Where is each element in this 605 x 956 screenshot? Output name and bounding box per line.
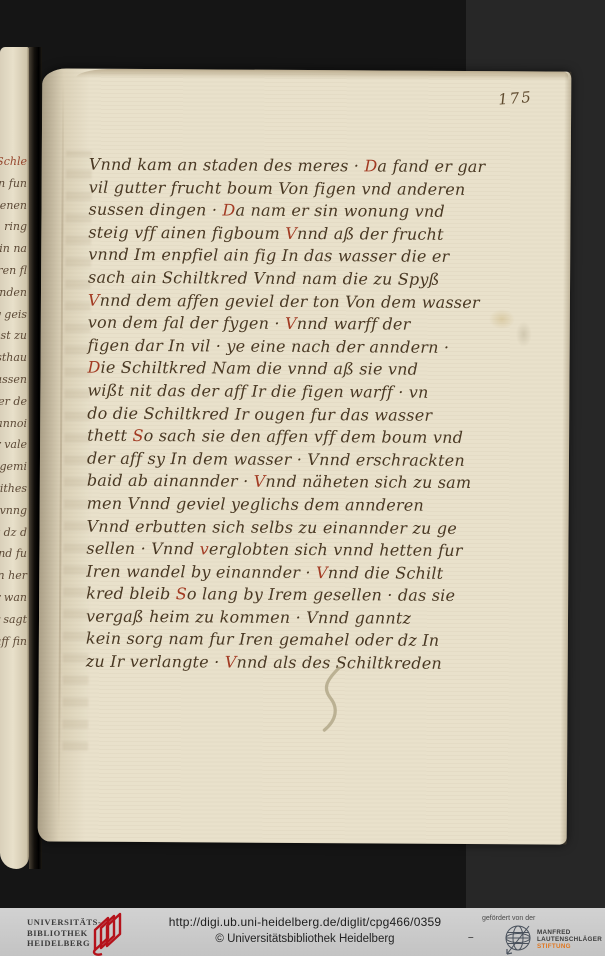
facing-page-edge: g Schledelen funb dwenenie du ringsrih e… (0, 47, 29, 869)
manuscript-line: Die Schiltkred Nam die vnnd aß sie vnd (87, 357, 503, 382)
parchment-stain (516, 321, 532, 347)
manuscript-text-block: Vnnd kam an staden des meres · Da fand e… (86, 154, 505, 676)
manuscript-line: zu Ir verlangte · Vnnd als des Schiltkre… (86, 651, 502, 676)
manuscript-line: steig vff ainen figboum Vnnd aß der fruc… (88, 221, 504, 246)
facing-page-text-fragments: g Schledelen funb dwenenie du ringsrih e… (0, 151, 27, 652)
stiftung-name-line2: LAUTENSCHLÄGER (537, 936, 602, 943)
manuscript-line: figen dar In vil · ye eine nach der annd… (88, 334, 504, 359)
manuscript-line: der aff sy In dem wasser · Vnnd erschrac… (87, 447, 503, 472)
facing-page-fragment: b dwenen (0, 195, 27, 217)
manuscript-line: men Vnnd geviel yeglichs dem annderen (87, 493, 503, 518)
manuscript-line: wißt nit das der aff Ir die figen warff … (87, 380, 503, 405)
manuscript-line: Vnnd kam an staden des meres · Da fand e… (89, 154, 505, 179)
manuscript-line: Vnnd dem affen geviel der ton Von dem wa… (88, 289, 504, 314)
manuscript-line: Vnnd erbutten sich selbs zu einannder zu… (86, 515, 502, 540)
facing-page-fragment: Dausthau (0, 347, 27, 369)
facing-page-fragment: g zwussen (0, 369, 27, 391)
stiftung-name-line3: STIFTUNG (537, 943, 602, 950)
facing-page-fragment: oten gemi (0, 456, 27, 478)
facing-page-fragment: nder vale (0, 434, 27, 456)
manuscript-page: 175 Vnnd kam an staden des meres · Da fa… (38, 68, 572, 844)
manuscript-line: sellen · Vnnd verglobten sich vnnd hette… (86, 538, 502, 563)
manuscript-line: kred bleib So lang by Irem gesellen · da… (86, 583, 502, 608)
facing-page-fragment: srih ein na (0, 238, 27, 260)
facing-page-fragment: Gestlithes (0, 478, 27, 500)
facing-page-fragment: men ist zu (0, 325, 27, 347)
stiftung-name-line1: MANFRED (537, 929, 602, 936)
footer-center-text: http://digi.ub.uni-heidelberg.de/diglit/… (150, 915, 460, 945)
manuscript-line: von dem fal der fygen · Vnnd warff der (88, 312, 504, 337)
manuscript-line: baid ab ainannder · Vnnd näheten sich zu… (87, 470, 503, 495)
facing-page-fragment: es dannoi (0, 413, 27, 435)
facing-page-fragment: delen fun (0, 173, 27, 195)
digitized-manuscript-scan: g Schledelen funb dwenenie du ringsrih e… (0, 0, 605, 956)
facing-page-fragment: ner wan (0, 587, 27, 609)
facing-page-fragment: s ver sagt (0, 609, 27, 631)
footer-bar: UNIVERSITÄTS- BIBLIOTHEK HEIDELBERG http… (0, 908, 605, 956)
university-library-logo-icon (88, 912, 130, 956)
facing-page-fragment: onnd fu (0, 543, 27, 565)
manuscript-line: vergaß heim zu kommen · Vnnd ganntz (86, 606, 502, 631)
facing-page-fragment: n vinden (0, 282, 27, 304)
facing-page-fragment: oten her (0, 565, 27, 587)
facing-page-fragment: lt aff fin (0, 631, 27, 653)
manuscript-line: sussen dingen · Da nam er sin wonung vnd (88, 199, 504, 224)
stiftung-globe-icon (502, 923, 534, 956)
manuscript-line: kein sorg nam fur Iren gemahel oder dz I… (86, 628, 502, 653)
funding-label: gefördert von der (482, 915, 535, 922)
funding-dash: – (468, 932, 474, 943)
manuscript-line: vil gutter frucht boum Von figen vnd and… (89, 176, 505, 201)
manuscript-line: Iren wandel by einannder · Vnnd die Schi… (86, 560, 502, 585)
facing-page-fragment: erwaren fl (0, 260, 27, 282)
facing-page-fragment: ie du ring (0, 216, 27, 238)
facing-page-fragment: n sagt dz d (0, 522, 27, 544)
facing-page-fragment: n vnder de (0, 391, 27, 413)
folio-number: 175 (498, 88, 534, 109)
facing-page-fragment: ing vnng (0, 500, 27, 522)
facing-page-fragment: g Schle (0, 151, 27, 173)
copyright-line: © Universitätsbibliothek Heidelberg (150, 933, 460, 945)
stiftung-name: MANFRED LAUTENSCHLÄGER STIFTUNG (537, 929, 602, 950)
manuscript-line: thett So sach sie den affen vff dem boum… (87, 425, 503, 450)
digitization-url: http://digi.ub.uni-heidelberg.de/diglit/… (150, 915, 460, 929)
manuscript-line: do die Schiltkred Ir ougen fur das wasse… (87, 402, 503, 427)
pen-flourish (314, 664, 349, 746)
facing-page-fragment: or sy geis (0, 304, 27, 326)
manuscript-line: vnnd Im enpfiel ain fig In das wasser di… (88, 244, 504, 269)
manuscript-line: sach ain Schiltkred Vnnd nam die zu Spyß (88, 267, 504, 292)
